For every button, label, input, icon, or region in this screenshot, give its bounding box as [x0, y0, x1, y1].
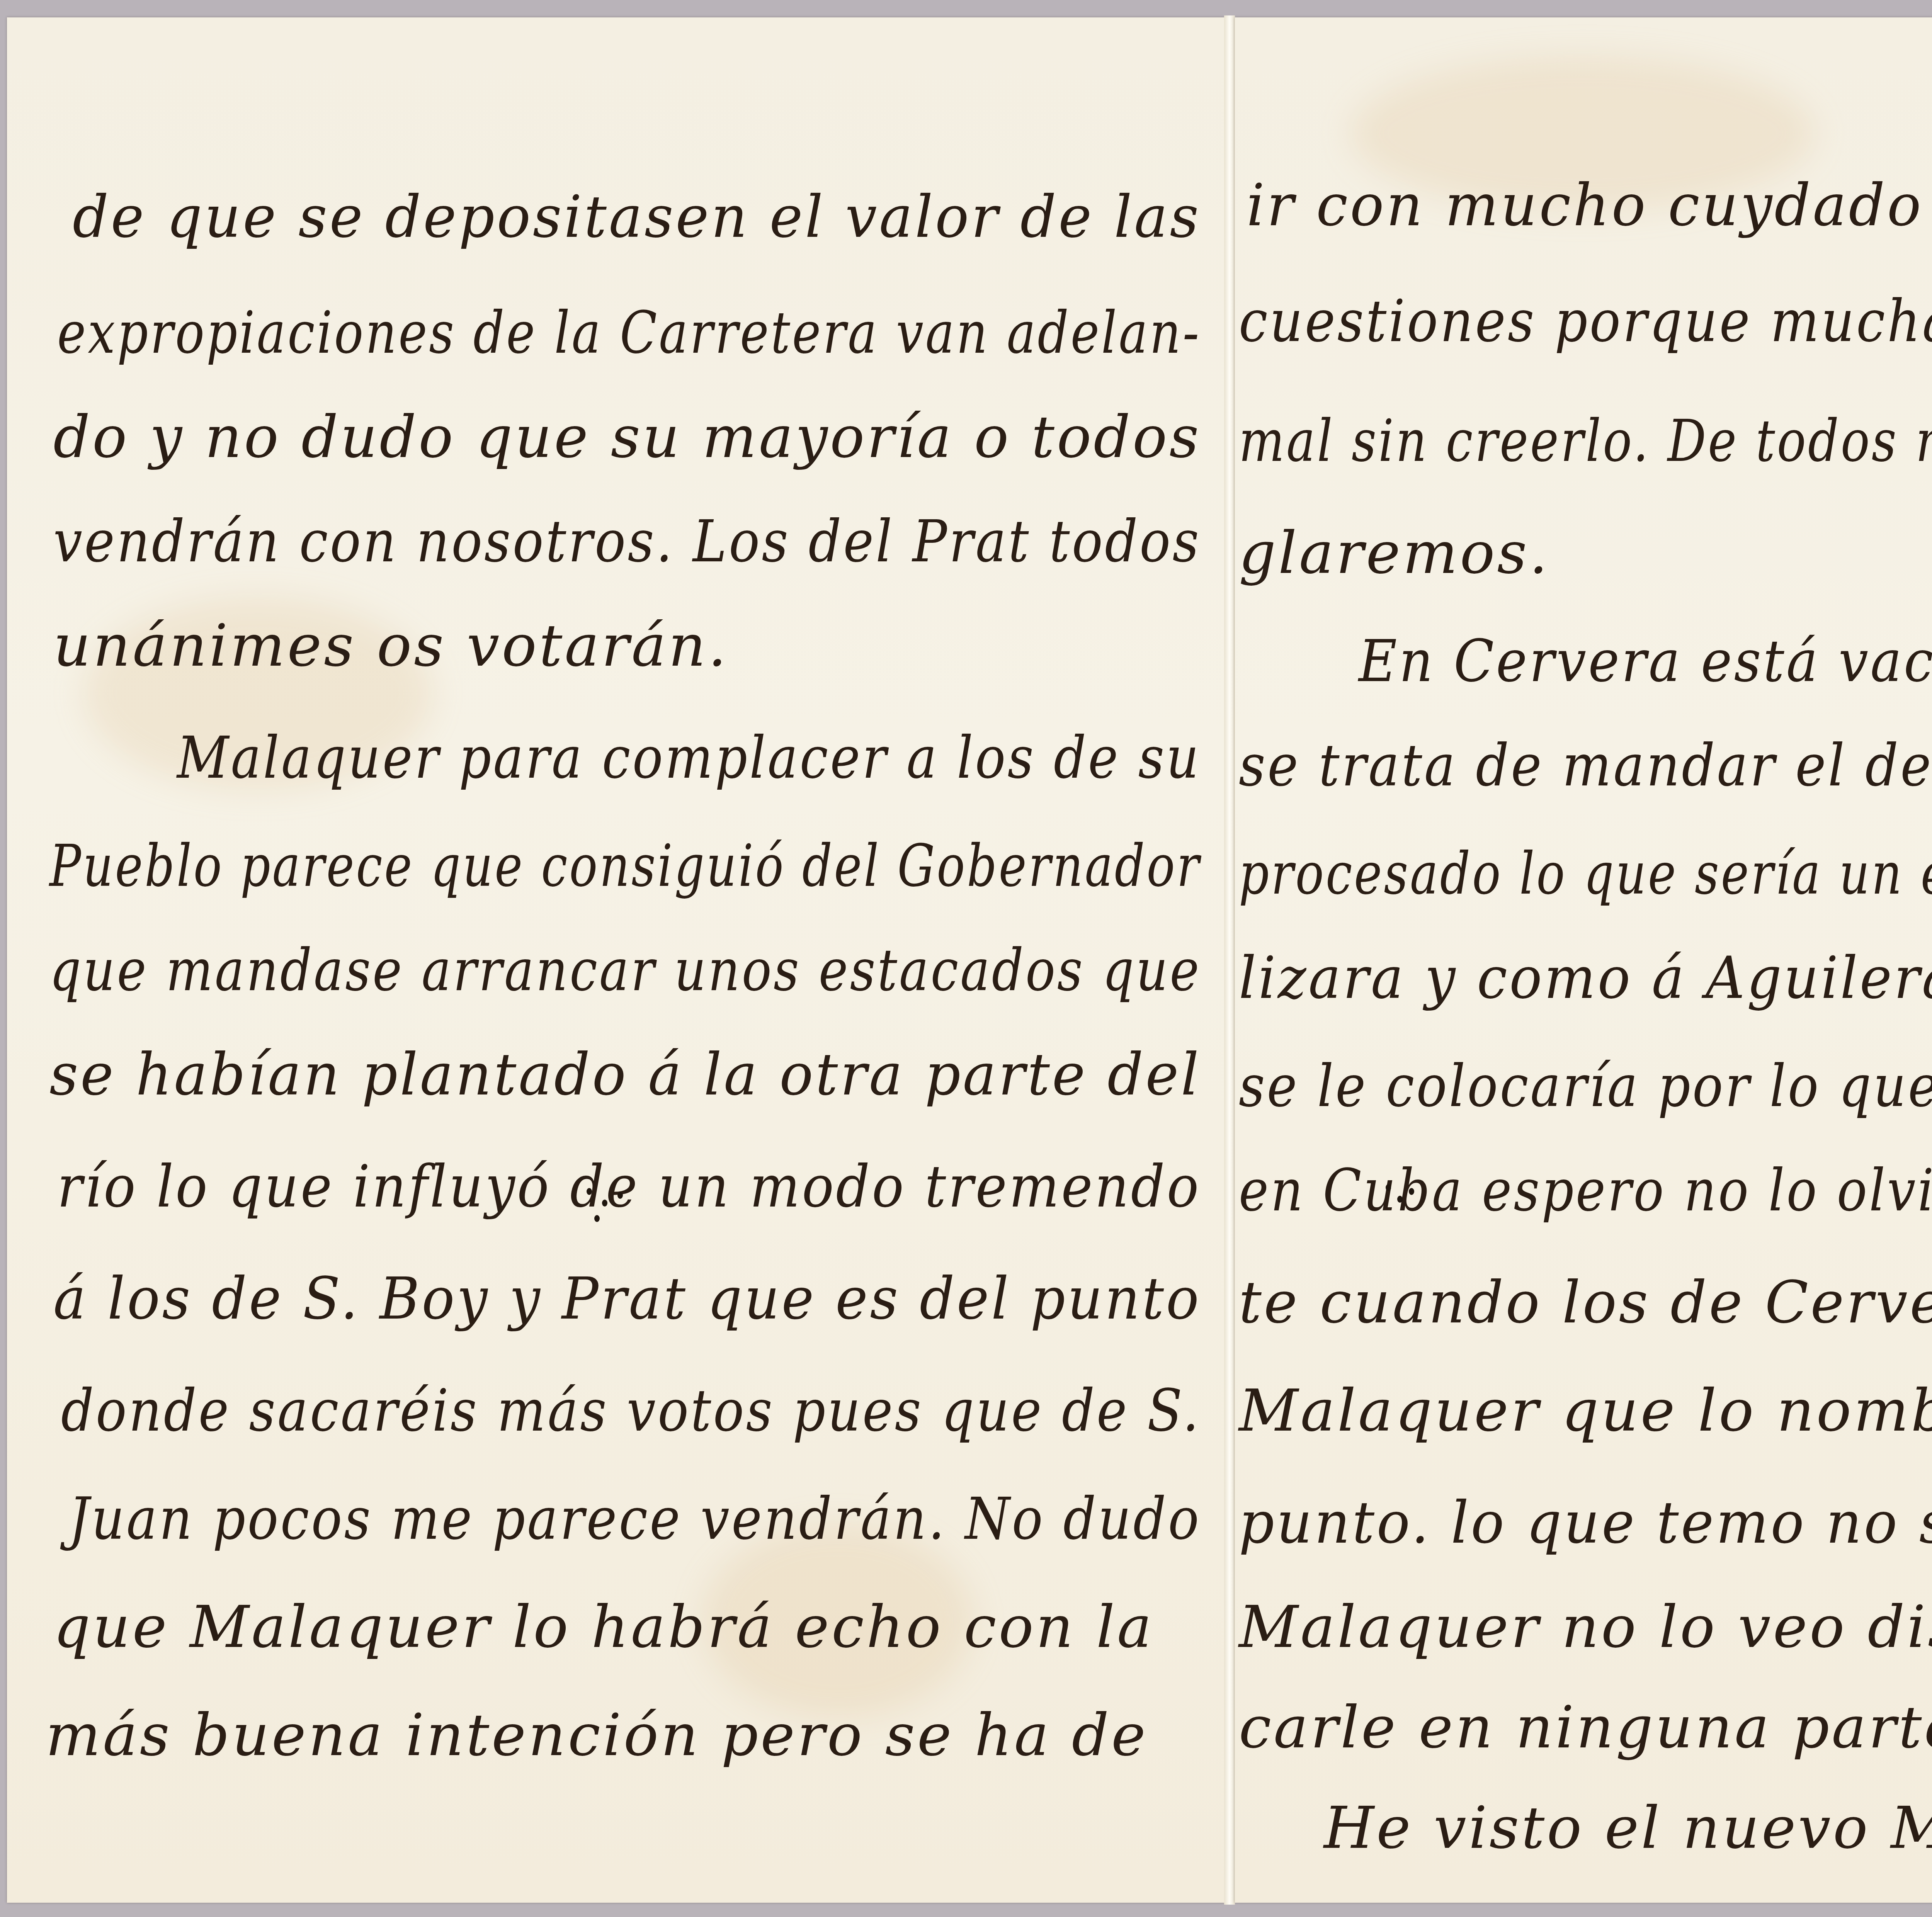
left-page-text: de que se depositasen el valor de las ex…	[7, 17, 1224, 1903]
text-line: se trata de mandar el de Solsona que est…	[1239, 732, 1932, 799]
left-page: de que se depositasen el valor de las ex…	[7, 17, 1225, 1903]
text-line: unánimes os votarán.	[53, 612, 729, 680]
text-line: cuestiones porque muchas veces uno hace	[1239, 288, 1932, 355]
ink-blot	[602, 1200, 607, 1207]
text-line: más buena intención pero se ha de	[46, 1702, 1148, 1769]
text-line: Pueblo parece que consiguió del Gobernad…	[49, 833, 1201, 900]
ink-blot	[594, 1215, 600, 1222]
text-line: donde sacaréis más votos pues que de S.	[61, 1377, 1201, 1445]
text-line: río lo que influyó de un modo tremendo	[57, 1153, 1201, 1220]
text-line: en Cuba espero no lo olvidaréis mayormen…	[1239, 1157, 1932, 1224]
right-page: ir con mucho cuydado en tocar ciertas cu…	[1235, 17, 1932, 1903]
text-line: se habían plantado á la otra parte del	[49, 1041, 1201, 1108]
text-line: mal sin creerlo. De todos modos creo lo …	[1239, 408, 1932, 475]
ink-blot	[1409, 1188, 1414, 1195]
text-line: He visto el nuevo Ministerio el que	[1324, 1795, 1932, 1862]
text-line: carle en ninguna parte.	[1239, 1694, 1932, 1761]
ink-blot	[587, 1188, 592, 1195]
text-line: expropiaciones de la Carretera van adela…	[57, 299, 1201, 367]
text-line: que Malaquer lo habrá echo con la	[53, 1594, 1154, 1661]
text-line: do y no dudo que su mayoría o todos	[53, 404, 1201, 471]
text-line: lizara y como á Aguilera se le á ofrecid…	[1239, 945, 1932, 1012]
right-page-text: ir con mucho cuydado en tocar ciertas cu…	[1235, 17, 1932, 1903]
ink-blot	[1386, 1184, 1391, 1191]
ink-blot	[617, 1192, 623, 1199]
text-line: se le colocaría por lo que dejó una vaca…	[1239, 1053, 1932, 1120]
ink-blot	[1397, 1196, 1403, 1203]
text-line: Malaquer no lo veo dispuesto á colo-	[1239, 1594, 1932, 1661]
text-line: glaremos.	[1239, 520, 1550, 587]
text-line: Malaquer que lo nombre para aquel	[1239, 1377, 1932, 1445]
text-line: procesado lo que sería un escándalo si s…	[1239, 840, 1932, 908]
text-line: de que se depositasen el valor de las	[73, 184, 1201, 251]
center-fold	[1224, 15, 1235, 1905]
text-line: punto. lo que temo no se hará porque á	[1239, 1489, 1932, 1557]
text-line: ir con mucho cuydado en tocar ciertas	[1247, 172, 1932, 239]
text-line: Juan pocos me parece vendrán. No dudo	[69, 1485, 1201, 1553]
text-line: te cuando los de Cervera han pedido á	[1239, 1269, 1932, 1336]
text-line: Malaquer para complacer a los de su	[177, 724, 1201, 792]
text-line: En Cervera está vacante el Juzgado y	[1359, 628, 1932, 695]
text-line: á los de S. Boy y Prat que es del punto	[53, 1265, 1201, 1332]
text-line: vendrán con nosotros. Los del Prat todos	[53, 508, 1201, 575]
text-line: que mandase arrancar unos estacados que	[49, 937, 1201, 1004]
